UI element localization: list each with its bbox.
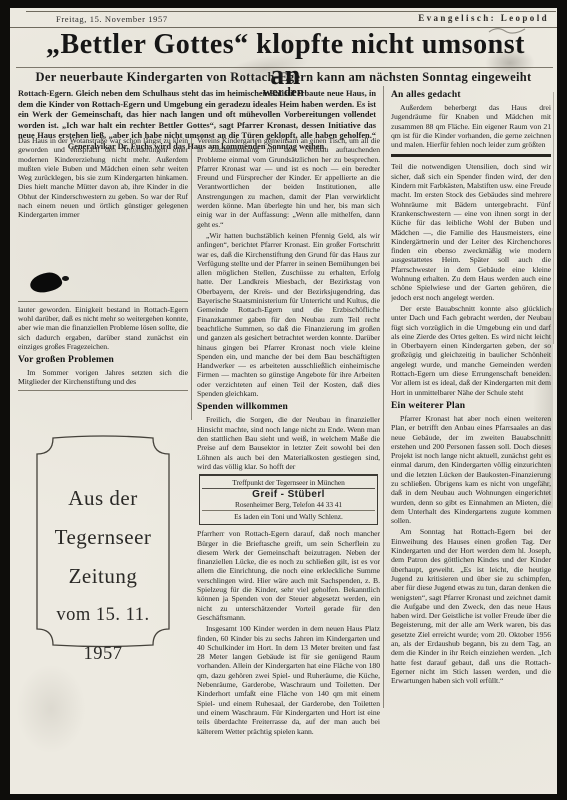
advertisement-box: Treffpunkt der Tegernseer in München Gre… [199,474,378,525]
clipping-cut-rule [391,154,551,157]
plaque-text: Aus der Tegernseer Zeitung vom 15. 11. 1… [39,479,167,674]
newspaper-date: Freitag, 15. November 1957 [56,14,168,24]
paragraph: Das Haus in der Wotanstraße war schon lä… [18,136,188,220]
column-divider-right [383,86,384,708]
masthead-top-rule [26,11,556,12]
paragraph: Insgesamt 100 Kinder werden in dem neuen… [197,624,380,736]
section-heading: Ein weiterer Plan [391,401,551,412]
paragraph: Freilich, die Sorgen, die der Neubau in … [197,415,380,471]
section-rule [18,390,188,391]
ad-hosts: Es laden ein Toni und Wally Schlenz. [202,510,375,521]
paragraph: Pfarrherr von Rottach-Egern darauf, daß … [197,529,380,622]
section-heading: Spenden willkommen [197,402,380,413]
section-heading: Vor großen Problemen [18,355,188,366]
ad-tagline: Treffpunkt der Tegernseer in München [202,478,375,489]
paragraph: Am Sonntag hat Rottach-Egern bei der Ein… [391,527,551,685]
plaque-line: vom 15. 11. 1957 [39,596,167,674]
paragraph: Der erste Bauabschnitt konnte also glück… [391,304,551,397]
column-divider-left [191,136,192,420]
handwritten-annotation: Evangelisch: Leopold [418,13,549,23]
column-edge-rule [553,92,554,344]
ink-speck [62,276,69,281]
column-middle: Vereins Kindergarten gemeinsam an einen … [197,136,380,790]
paragraph: Teil die notwendigen Utensilien, doch si… [391,162,551,301]
column-right: An alles gedacht Außerdem beherbergt das… [391,86,551,786]
section-rule [18,301,188,302]
paragraph: Im Sommer vorigen Jahres setzten sich di… [18,368,188,387]
section-heading: An alles gedacht [391,90,551,101]
ad-business-name: Greif - Stüberl [202,490,375,499]
paragraph: Vereins Kindergarten gemeinsam an einen … [197,136,380,229]
plaque-line: Aus der [39,479,167,518]
plaque-line: Tegernseer [39,518,167,557]
ad-address: Rosenheimer Berg, Telefon 44 33 41 [202,500,375,509]
masthead-bottom-rule [10,27,557,28]
newspaper-page: Freitag, 15. November 1957 Evangelisch: … [10,8,557,794]
blank-gap [18,222,188,298]
plaque-line: Zeitung [39,557,167,596]
paragraph: „Wir hatten buchstäblich keinen Pfennig … [197,231,380,398]
subheadline-rule [16,67,553,68]
clipping-source-plaque: Aus der Tegernseer Zeitung vom 15. 11. 1… [33,433,173,650]
paragraph: lauter geworden. Einigkeit bestand in Ro… [18,305,188,351]
paragraph: Pfarrer Kronast hat aber noch einen weit… [391,414,551,526]
column-left: Das Haus in der Wotanstraße war schon lä… [18,136,188,786]
ink-blot [29,270,64,294]
paragraph: Außerdem beherbergt das Haus drei Jugend… [391,103,551,149]
